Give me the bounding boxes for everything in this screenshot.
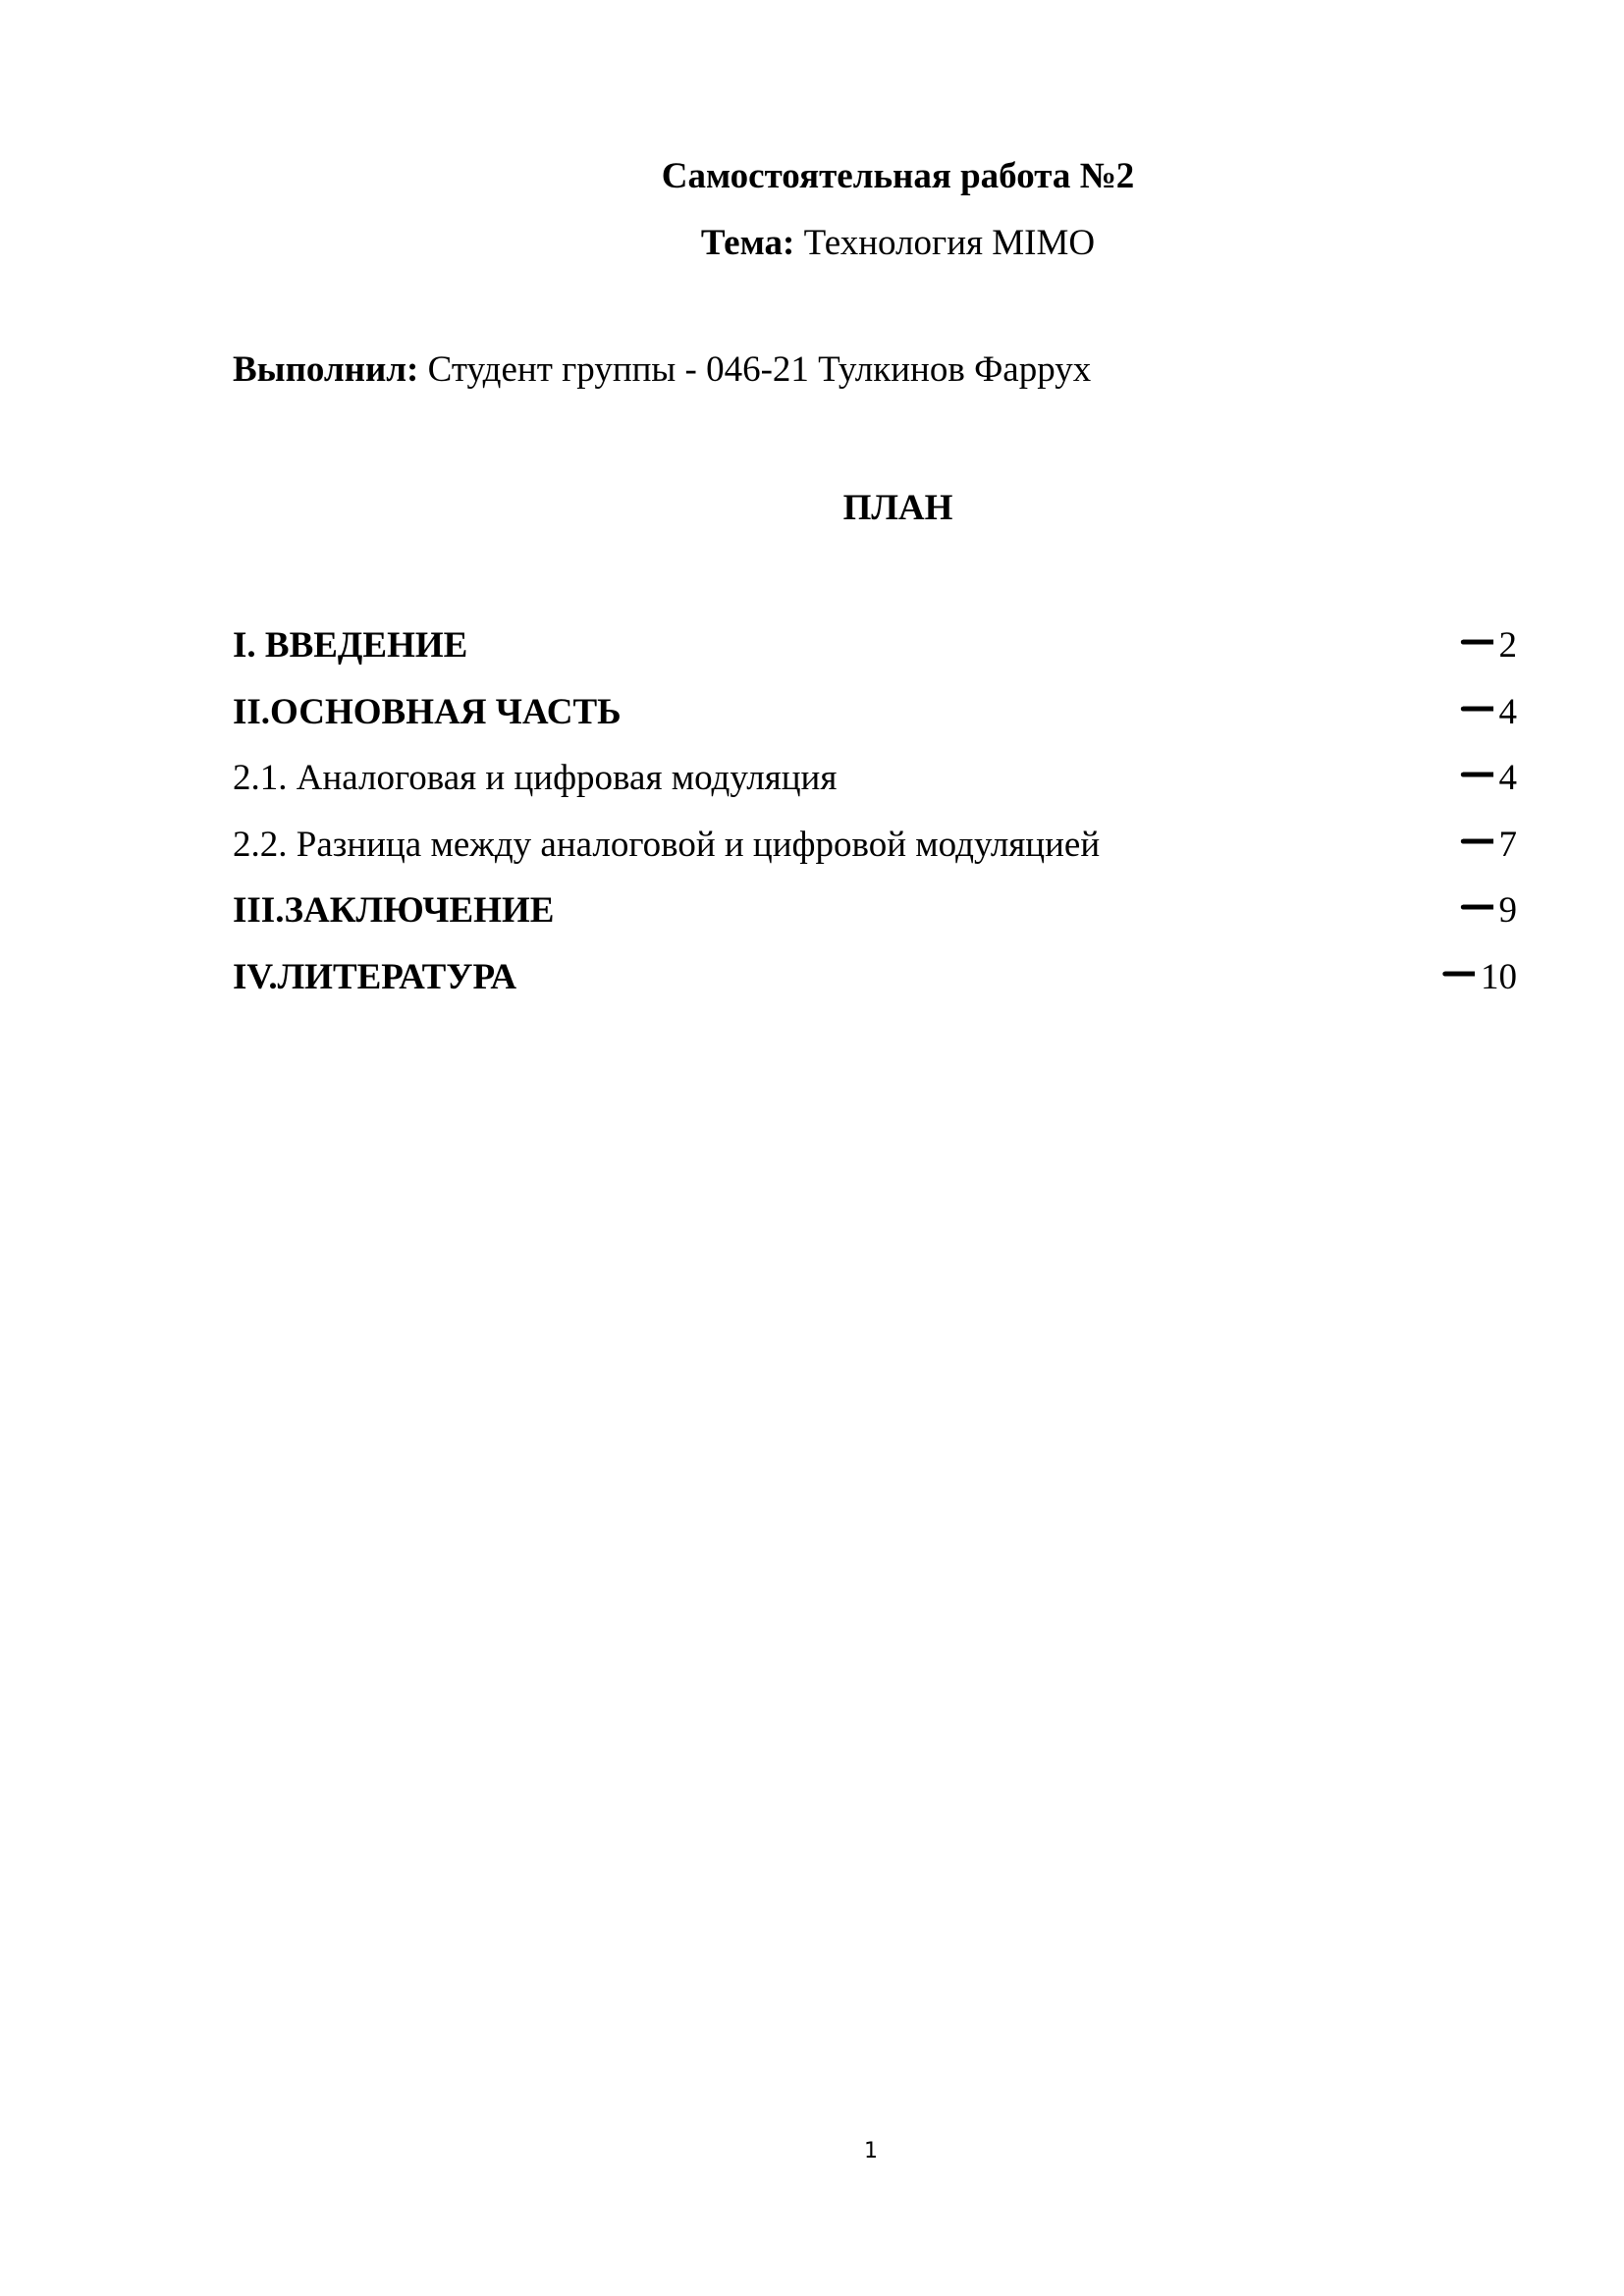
toc-dot-leader [556, 879, 1492, 922]
toc-entry-page: 9 [1493, 889, 1518, 933]
toc-dot-leader [1102, 813, 1492, 856]
toc-entry-page: 2 [1493, 624, 1518, 667]
toc-entry-2-2[interactable]: 2.2. Разница между аналоговой и цифровой… [233, 813, 1517, 880]
toc-entry-page: 4 [1493, 691, 1518, 734]
toc-dot-leader [623, 680, 1493, 723]
toc-dot-leader [518, 945, 1475, 988]
toc-dot-leader [839, 746, 1492, 789]
toc-entry-literature[interactable]: IV.ЛИТЕРАТУРА 10 [233, 945, 1517, 1012]
toc-dot-leader [469, 614, 1492, 657]
page-number: 1 [0, 2138, 1624, 2165]
toc-entry-page: 4 [1493, 757, 1518, 800]
toc-entry-conclusion[interactable]: III.ЗАКЛЮЧЕНИЕ 9 [233, 879, 1517, 945]
topic-line: Тема: Технология MIMO [0, 222, 1624, 265]
toc-entry-page: 10 [1475, 956, 1517, 999]
topic-value: Технология MIMO [804, 223, 1096, 263]
toc-entry-label: 2.1. Аналоговая и цифровая модуляция [233, 757, 839, 800]
author-value: Студент группы - 046-21 Тулкинов Фаррух [428, 349, 1092, 390]
toc-entry-main-part[interactable]: II.ОСНОВНАЯ ЧАСТЬ 4 [233, 680, 1517, 747]
document-page: Самостоятельная работа №2 Тема: Технолог… [0, 0, 1624, 2296]
toc-entry-introduction[interactable]: I. ВВЕДЕНИЕ 2 [233, 614, 1517, 680]
toc-entry-label: II.ОСНОВНАЯ ЧАСТЬ [233, 691, 623, 734]
toc-entry-2-1[interactable]: 2.1. Аналоговая и цифровая модуляция 4 [233, 746, 1517, 813]
topic-label: Тема: [701, 223, 794, 263]
document-title: Самостоятельная работа №2 [0, 155, 1624, 198]
toc-entry-label: 2.2. Разница между аналоговой и цифровой… [233, 824, 1102, 867]
toc-entry-label: III.ЗАКЛЮЧЕНИЕ [233, 889, 556, 933]
toc-entry-label: IV.ЛИТЕРАТУРА [233, 956, 518, 999]
author-label: Выполнил: [233, 349, 418, 390]
toc-entry-page: 7 [1493, 824, 1518, 867]
toc-entry-label: I. ВВЕДЕНИЕ [233, 624, 469, 667]
author-line: Выполнил: Студент группы - 046-21 Тулкин… [233, 348, 1091, 392]
plan-heading: ПЛАН [0, 487, 1624, 530]
table-of-contents: I. ВВЕДЕНИЕ 2 II.ОСНОВНАЯ ЧАСТЬ 4 2.1. А… [233, 614, 1517, 1011]
